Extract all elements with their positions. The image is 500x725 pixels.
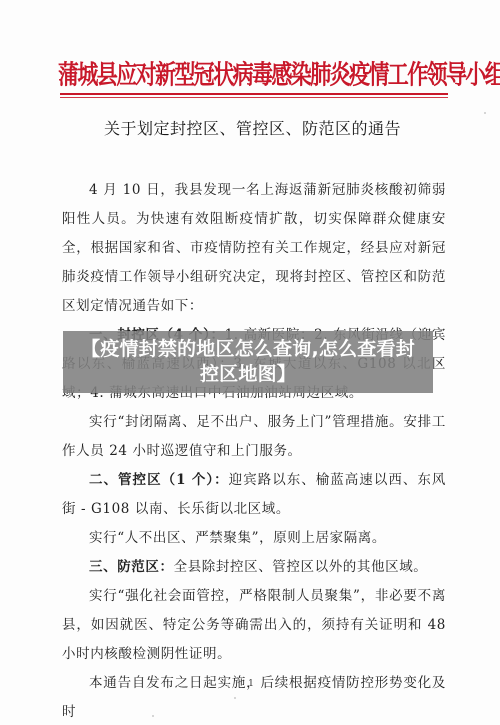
notice-body: 4 月 10 日，我县发现一名上海返蒲新冠肺炎核酸初筛弱阳性人员。为快速有效阻断… <box>62 176 446 725</box>
document-page: 蒲城县应对新型冠状病毒感染肺炎疫情工作领导小组 关于划定封控区、管控区、防范区的… <box>0 0 500 725</box>
paragraph-sealed-zone-measures: 实行“封闭隔离、足不出户、服务上门”管理措施。安排工作人员 24 小时巡逻值守和… <box>62 408 446 466</box>
paragraph-text: 4 月 10 日，我县发现一名上海返蒲新冠肺炎核酸初筛弱阳性人员。为快速有效阻断… <box>62 182 446 314</box>
paragraph-text: 实行“强化社会面管控，严格限制人员聚集”，非必要不离县，如因就医、特定公务等确需… <box>62 588 446 662</box>
caption-text: 【疫情封禁的地区怎么查询,怎么查看封控区地图】 <box>78 337 418 387</box>
notice-title: 关于划定封控区、管控区、防范区的通告 <box>80 118 425 140</box>
issuer-header: 蒲城县应对新型冠状病毒感染肺炎疫情工作领导小组 <box>58 56 450 94</box>
paragraph-prevention-zone: 三、防范区：全县除封控区、管控区以外的其他区域。 <box>62 553 446 582</box>
scan-speck <box>227 685 229 687</box>
header-divider-thin <box>60 97 448 98</box>
section-heading: 三、防范区： <box>89 559 174 575</box>
scan-speck <box>152 715 154 717</box>
caption-overlay: 【疫情封禁的地区怎么查询,怎么查看封控区地图】 <box>63 331 433 393</box>
paragraph-text: 全县除封控区、管控区以外的其他区域。 <box>174 559 428 575</box>
paragraph-intro: 4 月 10 日，我县发现一名上海返蒲新冠肺炎核酸初筛弱阳性人员。为快速有效阻断… <box>62 176 446 321</box>
page-number: 1 <box>245 679 257 689</box>
scan-speck <box>484 112 486 114</box>
header-divider-thick <box>60 93 448 95</box>
paragraph-text: 实行“封闭隔离、足不出户、服务上门”管理措施。安排工作人员 24 小时巡逻值守和… <box>62 414 446 459</box>
paragraph-text: 实行“人不出区、严禁聚集”，原则上居家隔离。 <box>89 530 386 546</box>
paragraph-prevention-zone-measures: 实行“强化社会面管控，严格限制人员聚集”，非必要不离县，如因就医、特定公务等确需… <box>62 582 446 669</box>
paragraph-control-zone-measures: 实行“人不出区、严禁聚集”，原则上居家隔离。 <box>62 524 446 553</box>
section-heading: 二、管控区（1 个）： <box>89 472 229 488</box>
scan-speck <box>234 697 236 699</box>
paragraph-effective: 本通告自发布之日起实施，后续根据疫情防控形势变化及时 <box>62 669 446 725</box>
paragraph-control-zone: 二、管控区（1 个）：迎宾路以东、榆蓝高速以西、东风街 - G108 以南、长乐… <box>62 466 446 524</box>
